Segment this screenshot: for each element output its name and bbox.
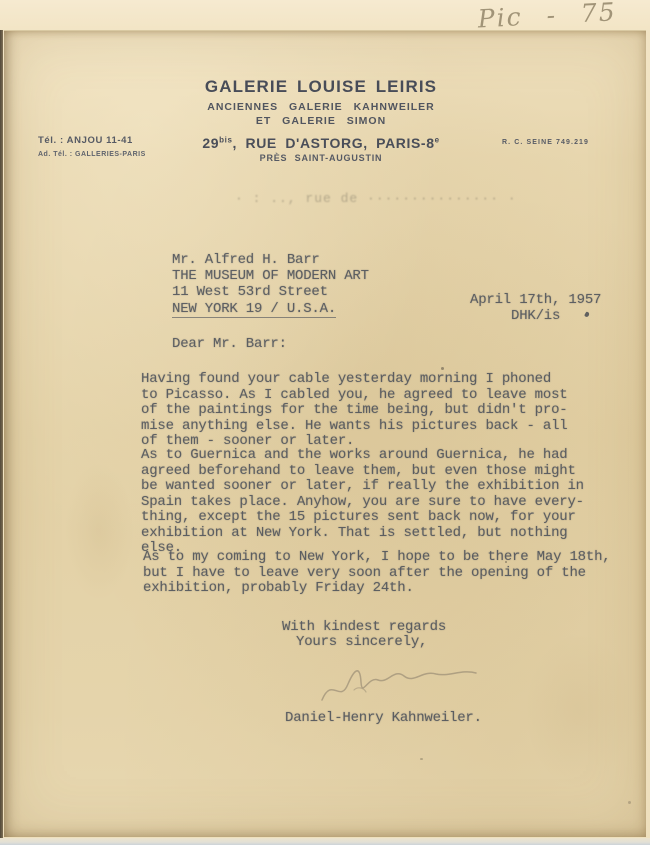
closing-regards: With kindest regards [282,620,446,635]
address-street: , RUE D'ASTORG, PARIS-8 [233,135,435,151]
recipient-address: Mr. Alfred H. Barr THE MUSEUM OF MODERN … [172,252,369,318]
letter-paper: GALERIE LOUISE LEIRIS ANCIENNES GALERIE … [4,30,646,837]
ink-speck [505,561,507,563]
letterhead-gallery-name: GALERIE LOUISE LEIRIS [4,77,638,97]
address-district-superscript: e [435,135,440,144]
recipient-city-line: NEW YORK 19 / U.S.A. [172,301,336,318]
ink-speck [628,801,631,804]
scanned-letter: Pic - 75 GALERIE LOUISE LEIRIS ANCIENNES… [0,0,650,845]
body-paragraph-3: As to my coming to New York, I hope to b… [143,550,610,597]
reference-initials: DHK/is [470,309,601,325]
letterhead-telegraph: Ad. Tél. : GALLERIES-PARIS [38,151,146,158]
letterhead-phone: Tél. : ANJOU 11-41 [38,135,133,146]
paper-stain [64,461,134,601]
paper-stain [524,631,634,791]
scan-left-edge [0,30,3,845]
letterhead-former-name-2: ET GALERIE SIMON [4,115,638,127]
address-bis-superscript: bis [219,135,232,144]
recipient-lines: Mr. Alfred H. Barr THE MUSEUM OF MODERN … [172,252,369,300]
ink-speck [441,367,444,370]
closing: With kindest regardsYours sincerely, [282,620,446,650]
ghost-bleedthrough-line: · : .., rue de ··············· · [235,191,517,207]
scan-bottom-edge [0,838,650,845]
letterhead-registration: R. C. SEINE 749.219 [502,139,589,146]
dateline: April 17th, 1957DHK/is [470,293,601,324]
letter-date: April 17th, 1957 [470,293,601,309]
closing-sincerely: Yours sincerely, [282,635,446,650]
salutation: Dear Mr. Barr: [172,337,287,353]
signature-typed-name: Daniel-Henry Kahnweiler. [285,711,482,727]
address-number: 29 [202,135,219,151]
letterhead-former-name-1: ANCIENNES GALERIE KAHNWEILER [4,101,638,113]
body-paragraph-1: Having found your cable yesterday mornin… [141,372,567,450]
signature-scribble [314,656,484,712]
ink-speck [420,758,423,760]
body-paragraph-2: As to Guernica and the works around Guer… [141,448,584,557]
